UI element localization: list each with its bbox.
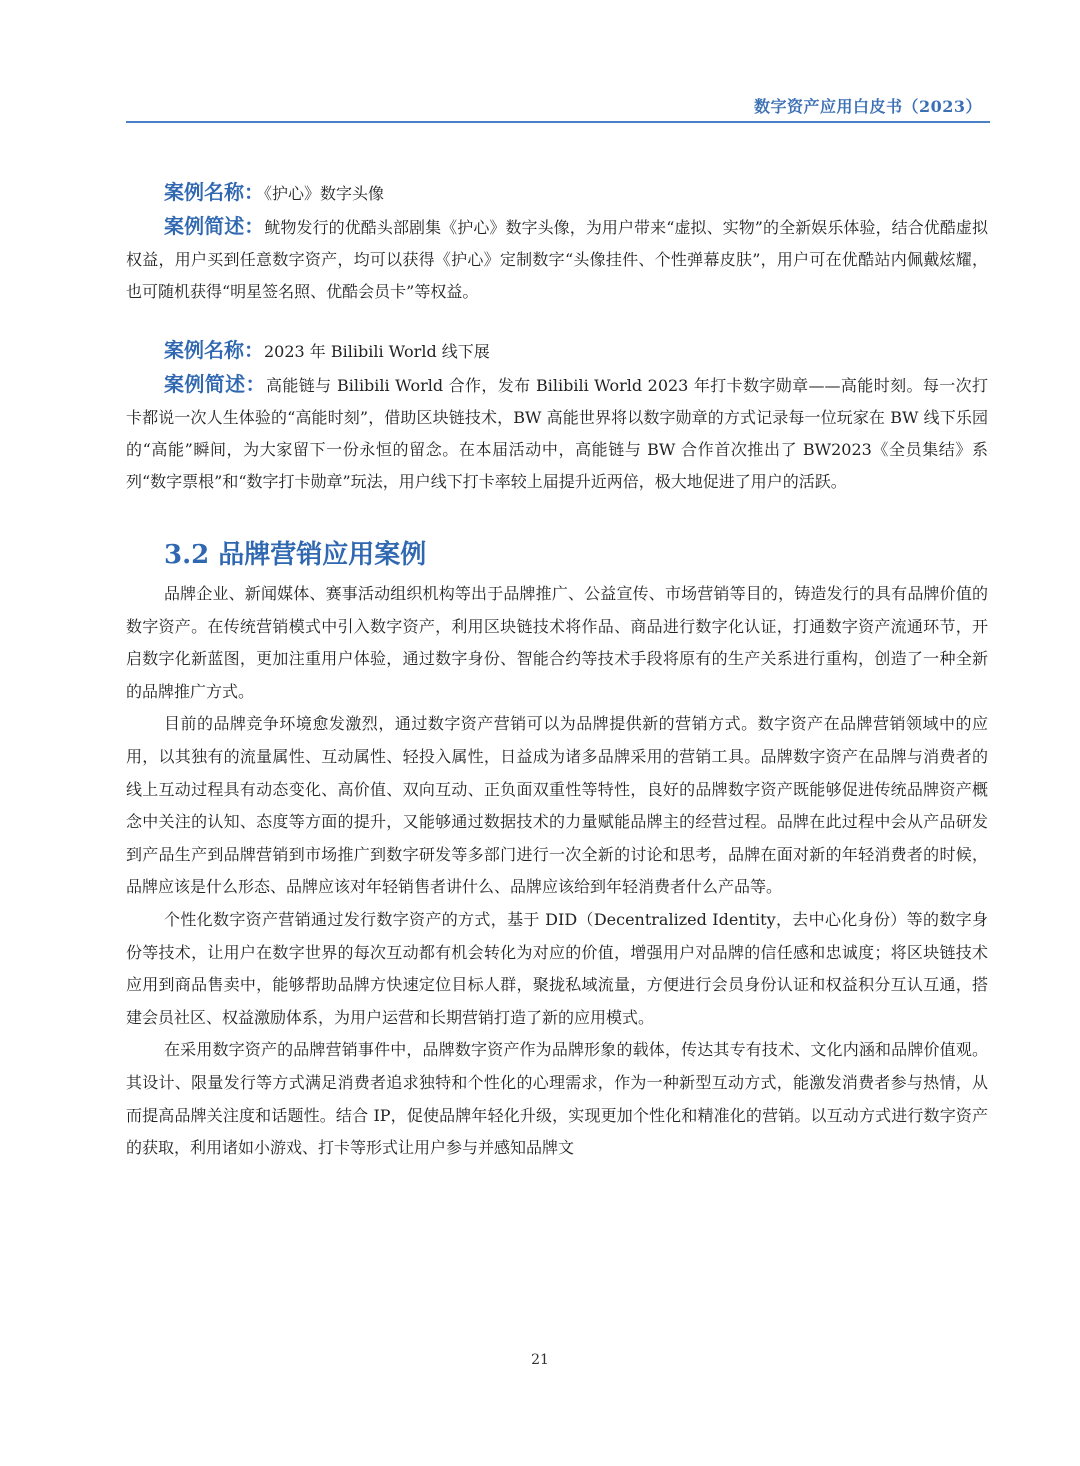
body-paragraph: 在采用数字资产的品牌营销事件中，品牌数字资产作为品牌形象的载体，传达其专有技术、… xyxy=(126,1034,988,1164)
body-paragraph: 目前的品牌竞争环境愈发激烈，通过数字资产营销可以为品牌提供新的营销方式。数字资产… xyxy=(126,708,988,904)
case-block-2: 案例名称：2023 年 Bilibili World 线下展 案例简述：高能链与… xyxy=(126,334,988,498)
body-paragraph: 品牌企业、新闻媒体、赛事活动组织机构等出于品牌推广、公益宣传、市场营销等目的，铸… xyxy=(126,578,988,708)
case-name-line: 案例名称：《护心》数字头像 xyxy=(126,176,988,210)
body-paragraph: 个性化数字资产营销通过发行数字资产的方式，基于 DID（Decentralize… xyxy=(126,904,988,1034)
page-content: 案例名称：《护心》数字头像 案例简述：鱿物发行的优酷头部剧集《护心》数字头像，为… xyxy=(126,176,988,1165)
case-desc-line: 案例简述：高能链与 Bilibili World 合作，发布 Bilibili … xyxy=(126,368,988,498)
case-desc-label: 案例简述： xyxy=(164,372,266,396)
case-name-label: 案例名称： xyxy=(164,338,264,362)
header-divider xyxy=(126,121,990,123)
case-name-line: 案例名称：2023 年 Bilibili World 线下展 xyxy=(126,334,988,368)
page-number: 21 xyxy=(0,1352,1080,1368)
case-desc-line: 案例简述：鱿物发行的优酷头部剧集《护心》数字头像，为用户带来“虚拟、实物”的全新… xyxy=(126,210,988,308)
case-name: 2023 年 Bilibili World 线下展 xyxy=(264,342,490,361)
running-header-title: 数字资产应用白皮书（2023） xyxy=(754,94,982,117)
case-name-label: 案例名称： xyxy=(164,180,264,204)
section-heading: 3.2 品牌营销应用案例 xyxy=(164,538,988,572)
case-block-1: 案例名称：《护心》数字头像 案例简述：鱿物发行的优酷头部剧集《护心》数字头像，为… xyxy=(126,176,988,308)
case-name: 《护心》数字头像 xyxy=(264,184,384,203)
case-desc-label: 案例简述： xyxy=(164,214,264,238)
